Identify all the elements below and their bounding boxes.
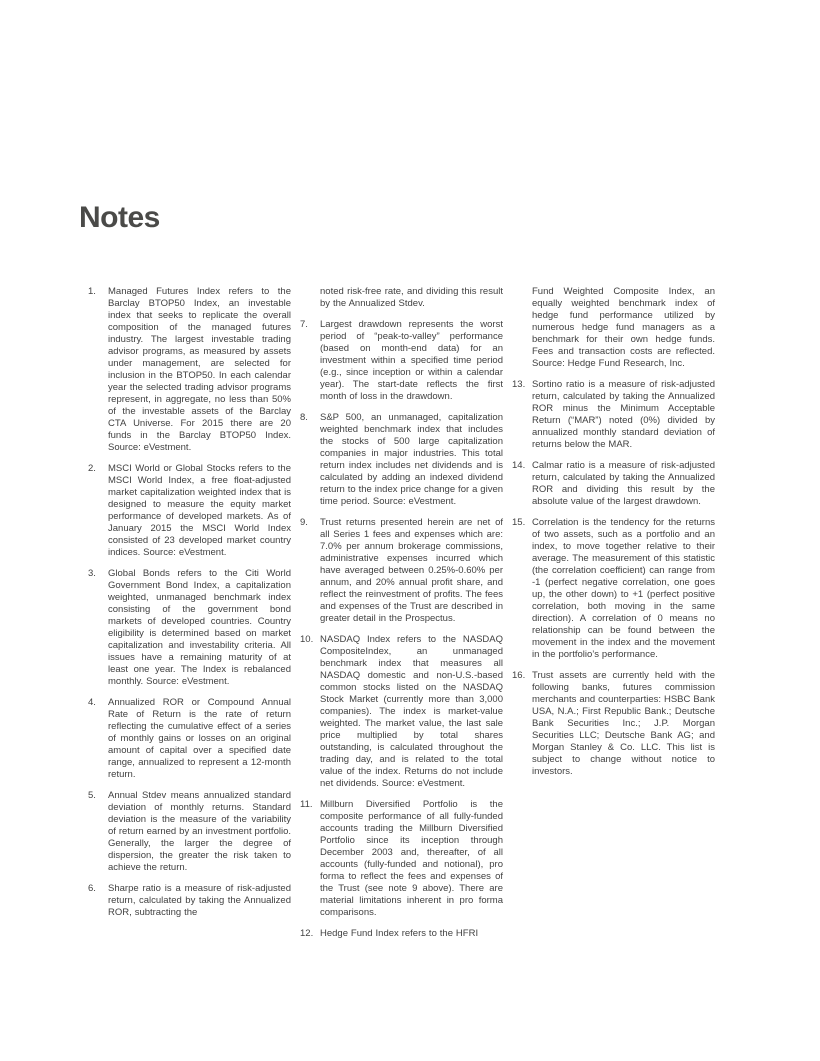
- note-text: Hedge Fund Index refers to the HFRI: [320, 928, 478, 939]
- note-text: MSCI World or Global Stocks refers to th…: [108, 463, 291, 558]
- note-text: NASDAQ Index refers to the NASDAQ Compos…: [320, 634, 503, 789]
- note-number: 3.: [88, 568, 96, 580]
- note-text: Sharpe ratio is a measure of risk-adjust…: [108, 883, 291, 918]
- note-item-11: 11.Millburn Diversified Portfolio is the…: [300, 799, 503, 919]
- notes-page: Notes 1.Managed Futures Index refers to …: [0, 0, 820, 1061]
- note-item-12-continued: Fund Weighted Composite Index, an equall…: [512, 286, 715, 370]
- note-text: Largest drawdown represents the worst pe…: [320, 319, 503, 402]
- notes-columns: 1.Managed Futures Index refers to the Ba…: [88, 286, 740, 949]
- note-text: Sortino ratio is a measure of risk-adjus…: [532, 379, 715, 450]
- note-item-13: 13.Sortino ratio is a measure of risk-ad…: [512, 379, 715, 451]
- note-item-5: 5.Annual Stdev means annualized standard…: [88, 790, 291, 874]
- note-number: 12.: [300, 928, 313, 940]
- note-item-16: 16.Trust assets are currently held with …: [512, 670, 715, 778]
- note-item-14: 14.Calmar ratio is a measure of risk-adj…: [512, 460, 715, 508]
- note-item-6-continued: noted risk-free rate, and dividing this …: [300, 286, 503, 310]
- note-text: Trust assets are currently held with the…: [532, 670, 715, 777]
- note-text: Global Bonds refers to the Citi World Go…: [108, 568, 291, 687]
- note-item-3: 3.Global Bonds refers to the Citi World …: [88, 568, 291, 688]
- note-item-2: 2.MSCI World or Global Stocks refers to …: [88, 463, 291, 559]
- note-number: 6.: [88, 883, 96, 895]
- note-text: Annualized ROR or Compound Annual Rate o…: [108, 697, 291, 780]
- notes-column-1: 1.Managed Futures Index refers to the Ba…: [88, 286, 291, 928]
- note-number: 1.: [88, 286, 96, 298]
- note-text: S&P 500, an unmanaged, capitalization we…: [320, 412, 503, 507]
- note-text: Trust returns presented herein are net o…: [320, 517, 503, 624]
- note-number: 4.: [88, 697, 96, 709]
- note-number: 2.: [88, 463, 96, 475]
- note-item-9: 9.Trust returns presented herein are net…: [300, 517, 503, 625]
- note-text: noted risk-free rate, and dividing this …: [320, 286, 503, 309]
- note-number: 7.: [300, 319, 308, 331]
- notes-column-3: Fund Weighted Composite Index, an equall…: [512, 286, 715, 787]
- note-number: 16.: [512, 670, 525, 682]
- note-text: Correlation is the tendency for the retu…: [532, 517, 715, 660]
- notes-column-2: noted risk-free rate, and dividing this …: [300, 286, 503, 949]
- note-item-15: 15.Correlation is the tendency for the r…: [512, 517, 715, 661]
- note-item-12: 12.Hedge Fund Index refers to the HFRI: [300, 928, 503, 940]
- note-item-4: 4.Annualized ROR or Compound Annual Rate…: [88, 697, 291, 781]
- note-item-6: 6.Sharpe ratio is a measure of risk-adju…: [88, 883, 291, 919]
- note-text: Annual Stdev means annualized standard d…: [108, 790, 291, 873]
- note-text: Managed Futures Index refers to the Barc…: [108, 286, 291, 453]
- note-number: 10.: [300, 634, 313, 646]
- note-number: 11.: [300, 799, 313, 811]
- note-item-8: 8.S&P 500, an unmanaged, capitalization …: [300, 412, 503, 508]
- note-text: Millburn Diversified Portfolio is the co…: [320, 799, 503, 918]
- note-item-7: 7.Largest drawdown represents the worst …: [300, 319, 503, 403]
- note-number: 14.: [512, 460, 525, 472]
- note-number: 13.: [512, 379, 525, 391]
- note-item-1: 1.Managed Futures Index refers to the Ba…: [88, 286, 291, 454]
- note-number: 5.: [88, 790, 96, 802]
- note-text: Fund Weighted Composite Index, an equall…: [532, 286, 715, 369]
- page-title: Notes: [79, 201, 160, 235]
- note-number: 9.: [300, 517, 308, 529]
- note-number: 15.: [512, 517, 525, 529]
- note-item-10: 10.NASDAQ Index refers to the NASDAQ Com…: [300, 634, 503, 790]
- note-text: Calmar ratio is a measure of risk-adjust…: [532, 460, 715, 507]
- note-number: 8.: [300, 412, 308, 424]
